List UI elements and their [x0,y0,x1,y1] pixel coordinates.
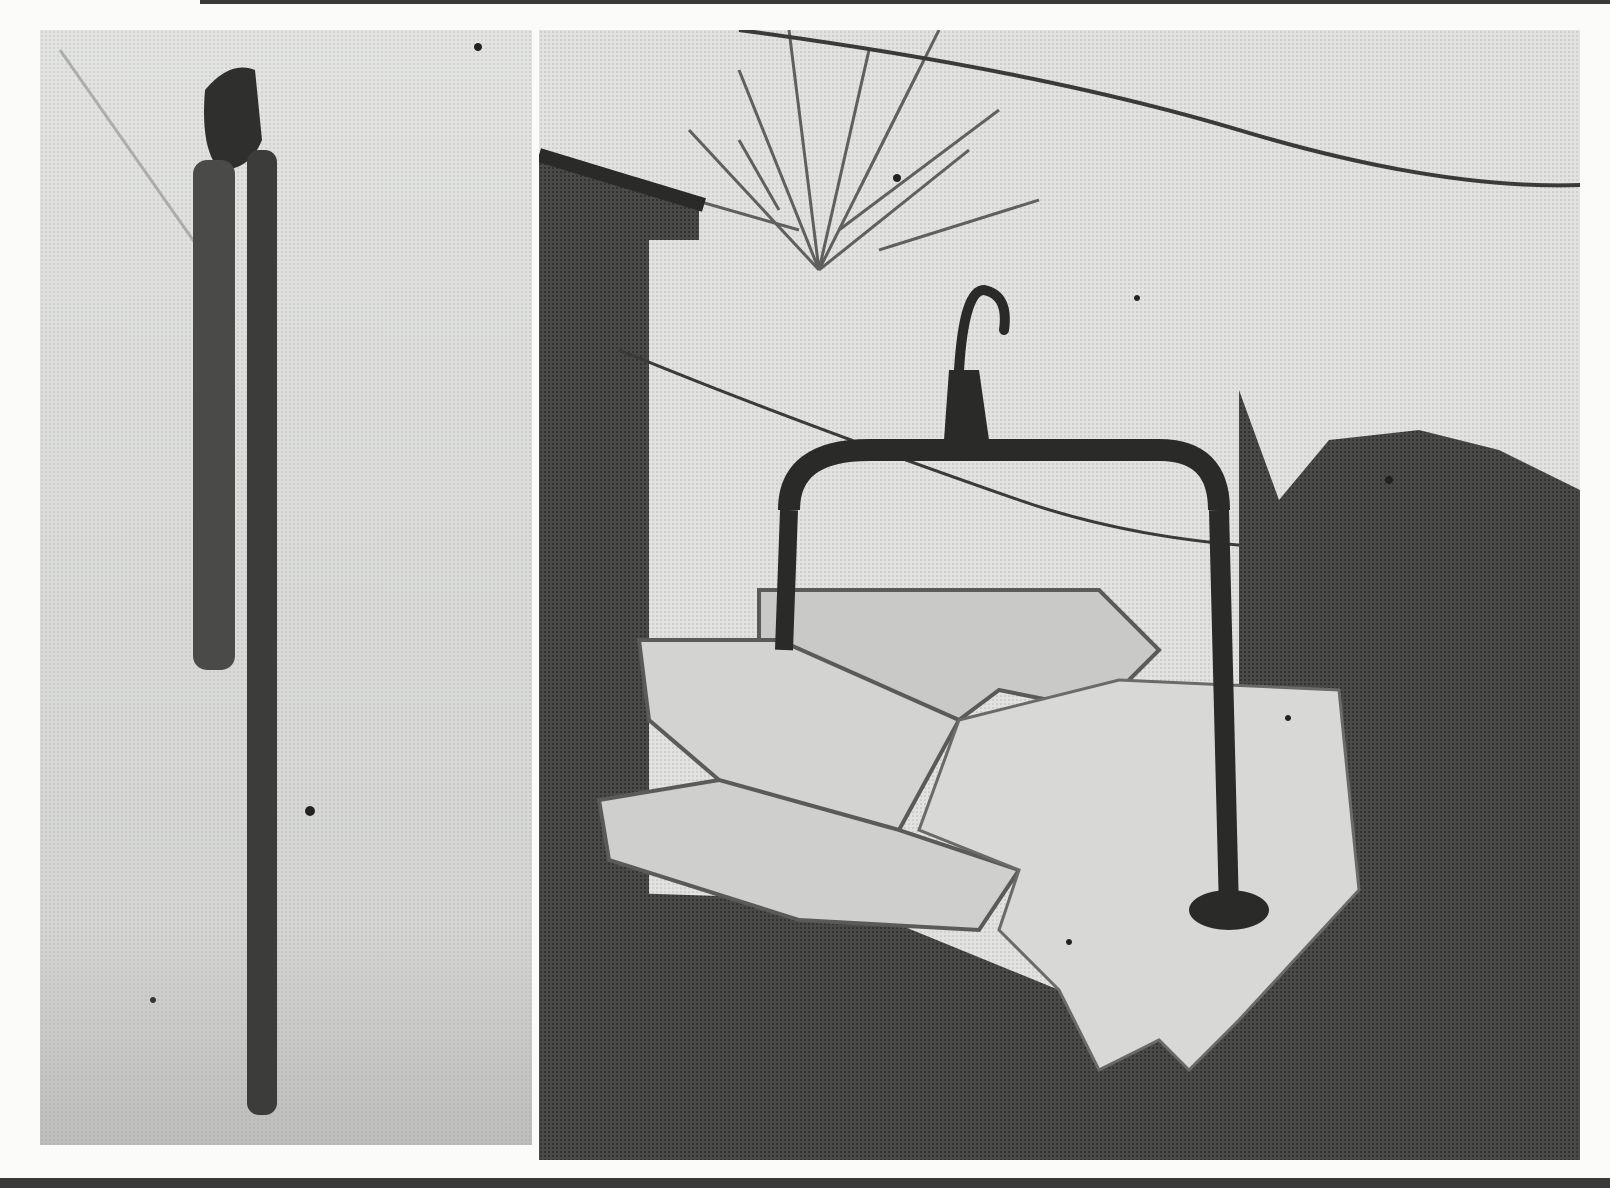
ice-pick-illustration [40,30,532,1145]
film-edge-bottom [0,1178,1610,1188]
film-edge-top [200,0,1610,4]
ice-tongs-scene [539,30,1580,1160]
photo-panel-right: ice tongs with hook gripping stacked ice… [539,30,1580,1160]
photo-panel-left: ice pick / tongs tool standing upright [40,30,532,1145]
